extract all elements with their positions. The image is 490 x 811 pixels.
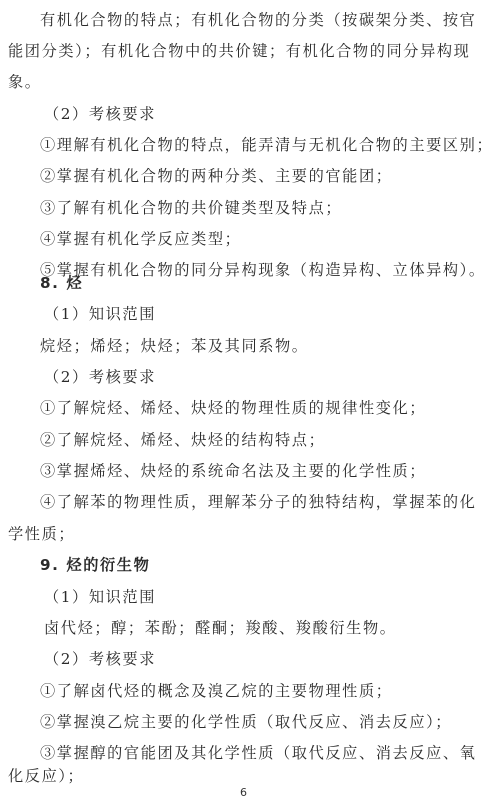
subsection-heading: （1）知识范围 (44, 304, 156, 324)
document-page: 有机化合物的特点；有机化合物的分类（按碳架分类、按官 能团分类）；有机化合物中的… (0, 0, 490, 811)
list-item: ④了解苯的物理性质，理解苯分子的独特结构，掌握苯的化 (40, 492, 476, 512)
paragraph-line: 化反应）； (8, 766, 84, 786)
list-item: ①了解卤代烃的概念及溴乙烷的主要物理性质； (40, 681, 393, 701)
list-item: ④掌握有机化学反应类型； (40, 229, 241, 249)
section-heading: 8. 烃 (40, 273, 83, 293)
list-item: ②了解烷烃、烯烃、炔烃的结构特点； (40, 430, 325, 450)
paragraph-line: 能团分类）；有机化合物中的共价键；有机化合物的同分异构现 (8, 41, 470, 61)
page-number: 6 (240, 786, 247, 799)
paragraph-line: 卤代烃；醇；苯酚；醛酮；羧酸、羧酸衍生物。 (44, 618, 397, 638)
subsection-heading: （2）考核要求 (44, 367, 156, 387)
list-item: ①了解烷烃、烯烃、炔烃的物理性质的规律性变化； (40, 398, 426, 418)
paragraph-line: 象。 (8, 72, 42, 92)
list-item: ③掌握醇的官能团及其化学性质（取代反应、消去反应、氧 (40, 743, 476, 763)
list-item: ①理解有机化合物的特点，能弄清与无机化合物的主要区别； (40, 135, 490, 155)
subsection-heading: （2）考核要求 (44, 649, 156, 669)
list-item: ③掌握烯烃、炔烃的系统命名法及主要的化学性质； (40, 461, 426, 481)
list-item: ③了解有机化合物的共价键类型及特点； (40, 198, 342, 218)
subsection-heading: （2）考核要求 (44, 104, 156, 124)
paragraph-line: 学性质； (8, 524, 75, 544)
list-item: ⑤掌握有机化合物的同分异构现象（构造异构、立体异构）。 (40, 260, 486, 280)
list-item: ②掌握溴乙烷主要的化学性质（取代反应、消去反应）； (40, 712, 452, 732)
paragraph-line: 烷烃；烯烃；炔烃；苯及其同系物。 (40, 336, 309, 356)
section-heading: 9. 烃的衍生物 (40, 555, 150, 575)
paragraph-line: 有机化合物的特点；有机化合物的分类（按碳架分类、按官 (40, 10, 476, 30)
subsection-heading: （1）知识范围 (44, 587, 156, 607)
list-item: ②掌握有机化合物的两种分类、主要的官能团； (40, 166, 393, 186)
